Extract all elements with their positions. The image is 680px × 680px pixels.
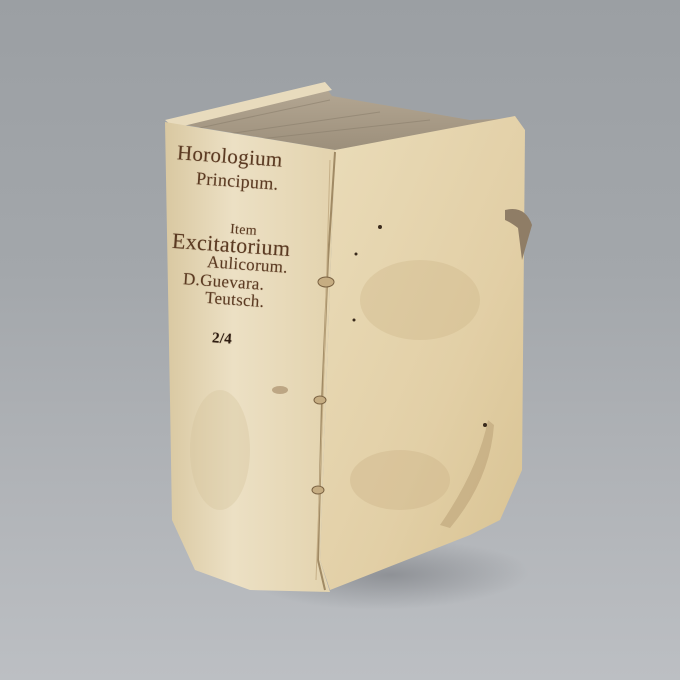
spine-shelf-mark: 2/4 — [211, 330, 232, 348]
front-cover — [320, 116, 525, 590]
book-illustration — [0, 0, 680, 680]
photo-scene: Horologium Principum. Item Excitatorium … — [0, 0, 680, 680]
spine-title-line-7: Teutsch. — [204, 288, 265, 312]
